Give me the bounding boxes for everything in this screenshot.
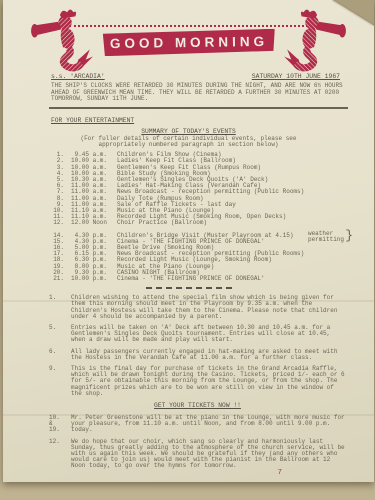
ship-name: s.s. 'ARCADIA' (51, 73, 105, 80)
section-divider (146, 287, 232, 289)
paragraph-number: 9. (49, 366, 71, 397)
event-desc: Cinema - 'THE FIGHTING PRINCE OF DONEGAL… (117, 276, 350, 282)
banner-string (69, 25, 308, 27)
event-number: 21. (53, 276, 69, 282)
page-number: 7 (277, 469, 282, 477)
weather-note-brace: } (345, 228, 353, 243)
date-line: SATURDAY 10TH JUNE 1967 (252, 73, 340, 80)
detail-paragraph: 12. We do hope that our choir, which san… (49, 439, 346, 470)
paragraph-text: Mr. Peter Greenstone will be at the pian… (71, 415, 346, 434)
events-list: 1. 9.45 a.m. Children's Film Show (Cinem… (53, 152, 350, 282)
banner-title: GOOD MORNING (110, 34, 268, 51)
paragraph-text: This is the final day for purchase of ti… (71, 366, 346, 397)
summary-heading: SUMMARY OF TODAY'S EVENTS (3, 128, 374, 135)
photo-background: GOOD MORNING s.s. 'ARCADIA' SATURDAY 10T… (0, 0, 375, 500)
entertainment-heading: FOR YOUR ENTERTAINMENT (51, 117, 134, 124)
event-desc: Choir Practice (Ballroom) (117, 220, 350, 226)
section-rule (49, 107, 348, 109)
detail-paragraph: 6. All lady passengers currently engaged… (49, 349, 346, 361)
paragraph-number: 10. & 19. (49, 415, 71, 434)
event-time: 12.00 Noon (69, 220, 117, 226)
paragraph-text: Children wishing to attend the special f… (71, 295, 346, 320)
detail-paragraph: 1. Children wishing to attend the specia… (49, 295, 346, 320)
weather-note-line: permitting (308, 237, 344, 243)
mermaid-trumpeter-icon (278, 6, 352, 72)
event-row: 12. 12.00 Noon Choir Practice (Ballroom) (53, 220, 350, 226)
paragraph-text: All lady passengers currently engaged in… (71, 349, 346, 361)
paper-crease (3, 300, 374, 302)
detail-paragraph: 5. Entries will be taken on 'A' Deck aft… (49, 325, 346, 344)
paragraph-number: 5. (49, 325, 71, 344)
mermaid-trumpeter-icon (25, 6, 99, 72)
weather-note: weather permitting (308, 231, 344, 243)
document-page: GOOD MORNING s.s. 'ARCADIA' SATURDAY 10T… (3, 0, 374, 482)
good-morning-banner: GOOD MORNING (103, 29, 275, 56)
details-section: 1. Children wishing to attend the specia… (49, 295, 346, 469)
paragraph-number: 12. (49, 439, 71, 470)
paragraph-text: Entries will be taken on 'A' Deck aft be… (71, 325, 346, 344)
detail-paragraph: 9. This is the final day for purchase of… (49, 366, 346, 397)
summary-note: (For fuller details of certain individua… (69, 136, 309, 149)
event-row: 21. 10.00 p.m. Cinema - 'THE FIGHTING PR… (53, 276, 350, 282)
tickets-cta: GET YOUR TICKETS NOW !! (49, 402, 346, 409)
paragraph-text: We do hope that our choir, which sang so… (71, 439, 346, 470)
masthead: GOOD MORNING (3, 4, 374, 70)
events-rows: 1. 9.45 a.m. Children's Film Show (Cinem… (53, 152, 350, 282)
title-line: s.s. 'ARCADIA' SATURDAY 10TH JUNE 1967 (51, 73, 340, 80)
paragraph-number: 1. (49, 295, 71, 320)
event-time: 10.00 p.m. (69, 276, 117, 282)
clocks-notice: THE SHIP'S CLOCKS WERE RETARDED 30 MINUT… (51, 83, 344, 103)
event-number: 12. (53, 220, 69, 226)
paragraph-number: 6. (49, 349, 71, 361)
detail-paragraph: 10. & 19. Mr. Peter Greenstone will be a… (49, 415, 346, 434)
paper-crease (3, 414, 374, 416)
